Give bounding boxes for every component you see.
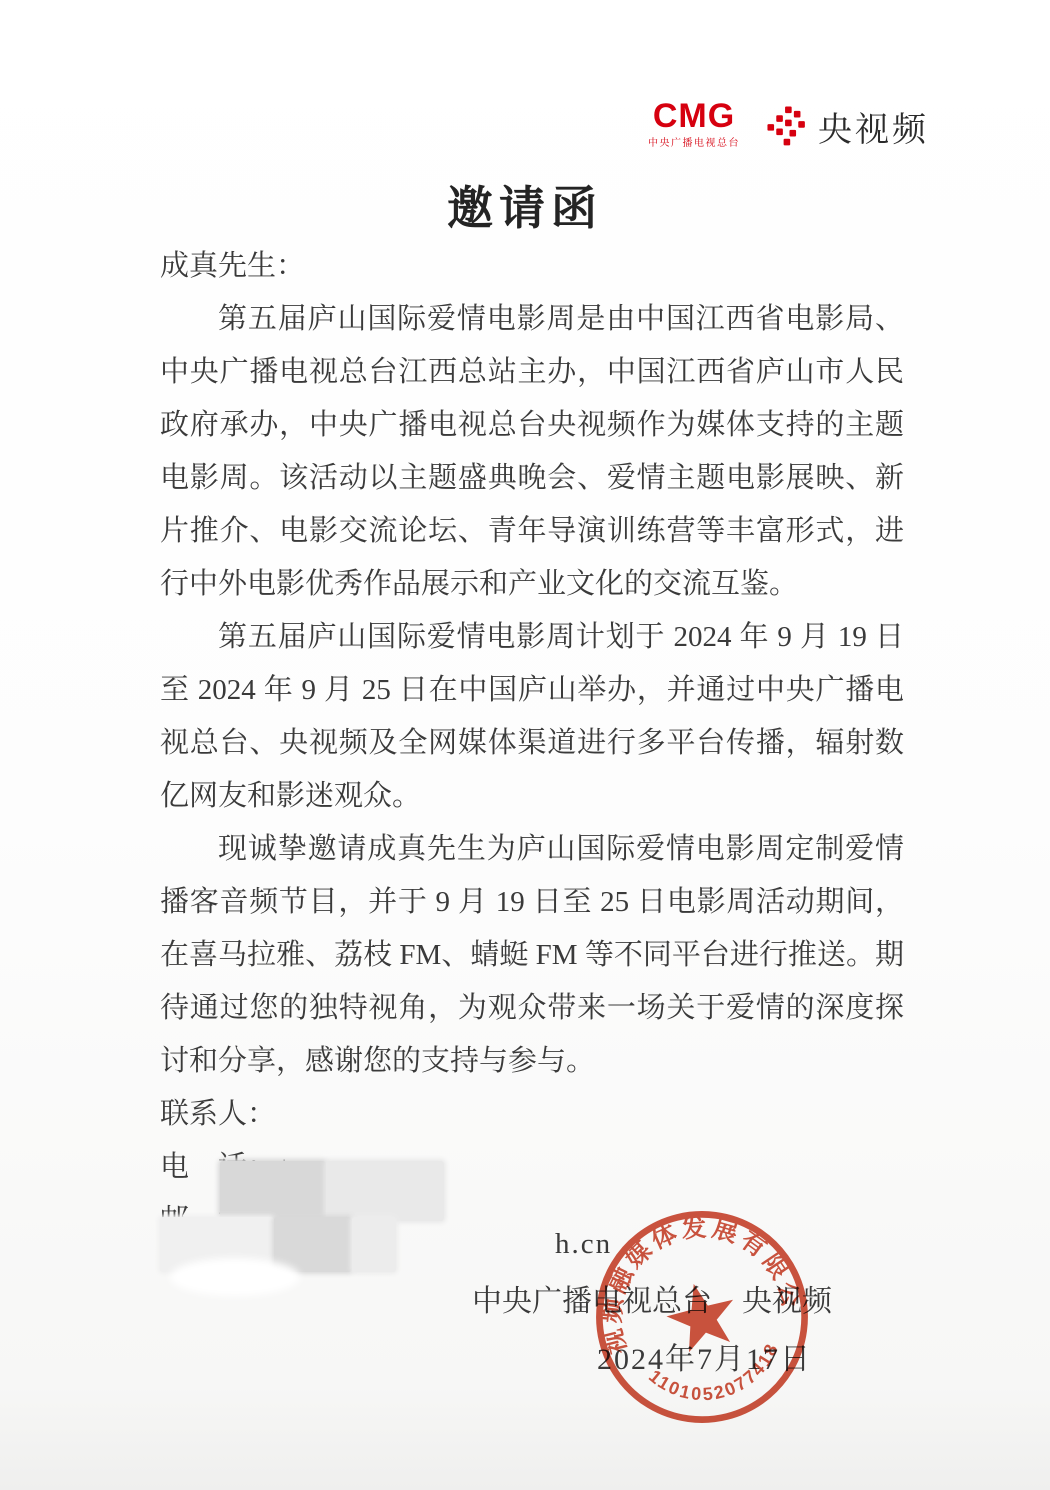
yangshipin-logo-icon: [766, 105, 810, 149]
paragraph-3: 现诚挚邀请成真先生为庐山国际爱情电影周定制爱情播客音频节目，并于 9 月 19 …: [160, 823, 904, 1088]
yangshipin-logo-text: 央视频: [818, 102, 929, 151]
contact-phone-label: 电 话：: [160, 1151, 276, 1183]
salutation: 成真先生：: [160, 240, 904, 293]
cmg-logo: CMG 中央广播电视总台: [648, 100, 740, 149]
contact-person-row: 联系人：: [160, 1088, 904, 1141]
header-logos: CMG 中央广播电视总台 央视频: [648, 100, 929, 151]
stamp-number-text: 1101052077418: [642, 1335, 792, 1418]
paragraph-1: 第五届庐山国际爱情电影周是由中国江西省电影局、中央广播电视总台江西总站主办，中国…: [160, 293, 904, 611]
stamp-star-icon: [660, 1276, 742, 1356]
invitation-letter-page: CMG 中央广播电视总台 央视频 邀请函 成: [0, 0, 1050, 1490]
letter-title: 邀请函: [0, 172, 1050, 238]
contact-person-label: 联系人：: [160, 1098, 276, 1130]
contact-phone-value: +: [276, 1151, 292, 1183]
yangshipin-logo: 央视频: [766, 102, 929, 151]
cmg-logo-subtext: 中央广播电视总台: [648, 134, 740, 149]
paragraph-2: 第五届庐山国际爱情电影周计划于 2024 年 9 月 19 日至 2024 年 …: [160, 611, 904, 823]
cmg-logo-text: CMG: [653, 100, 735, 132]
contact-phone-row: 电 话：+: [160, 1141, 904, 1194]
letter-body: 成真先生： 第五届庐山国际爱情电影周是由中国江西省电影局、中央广播电视总台江西总…: [160, 240, 904, 1247]
contact-email-label: 邮 箱：: [160, 1204, 276, 1236]
